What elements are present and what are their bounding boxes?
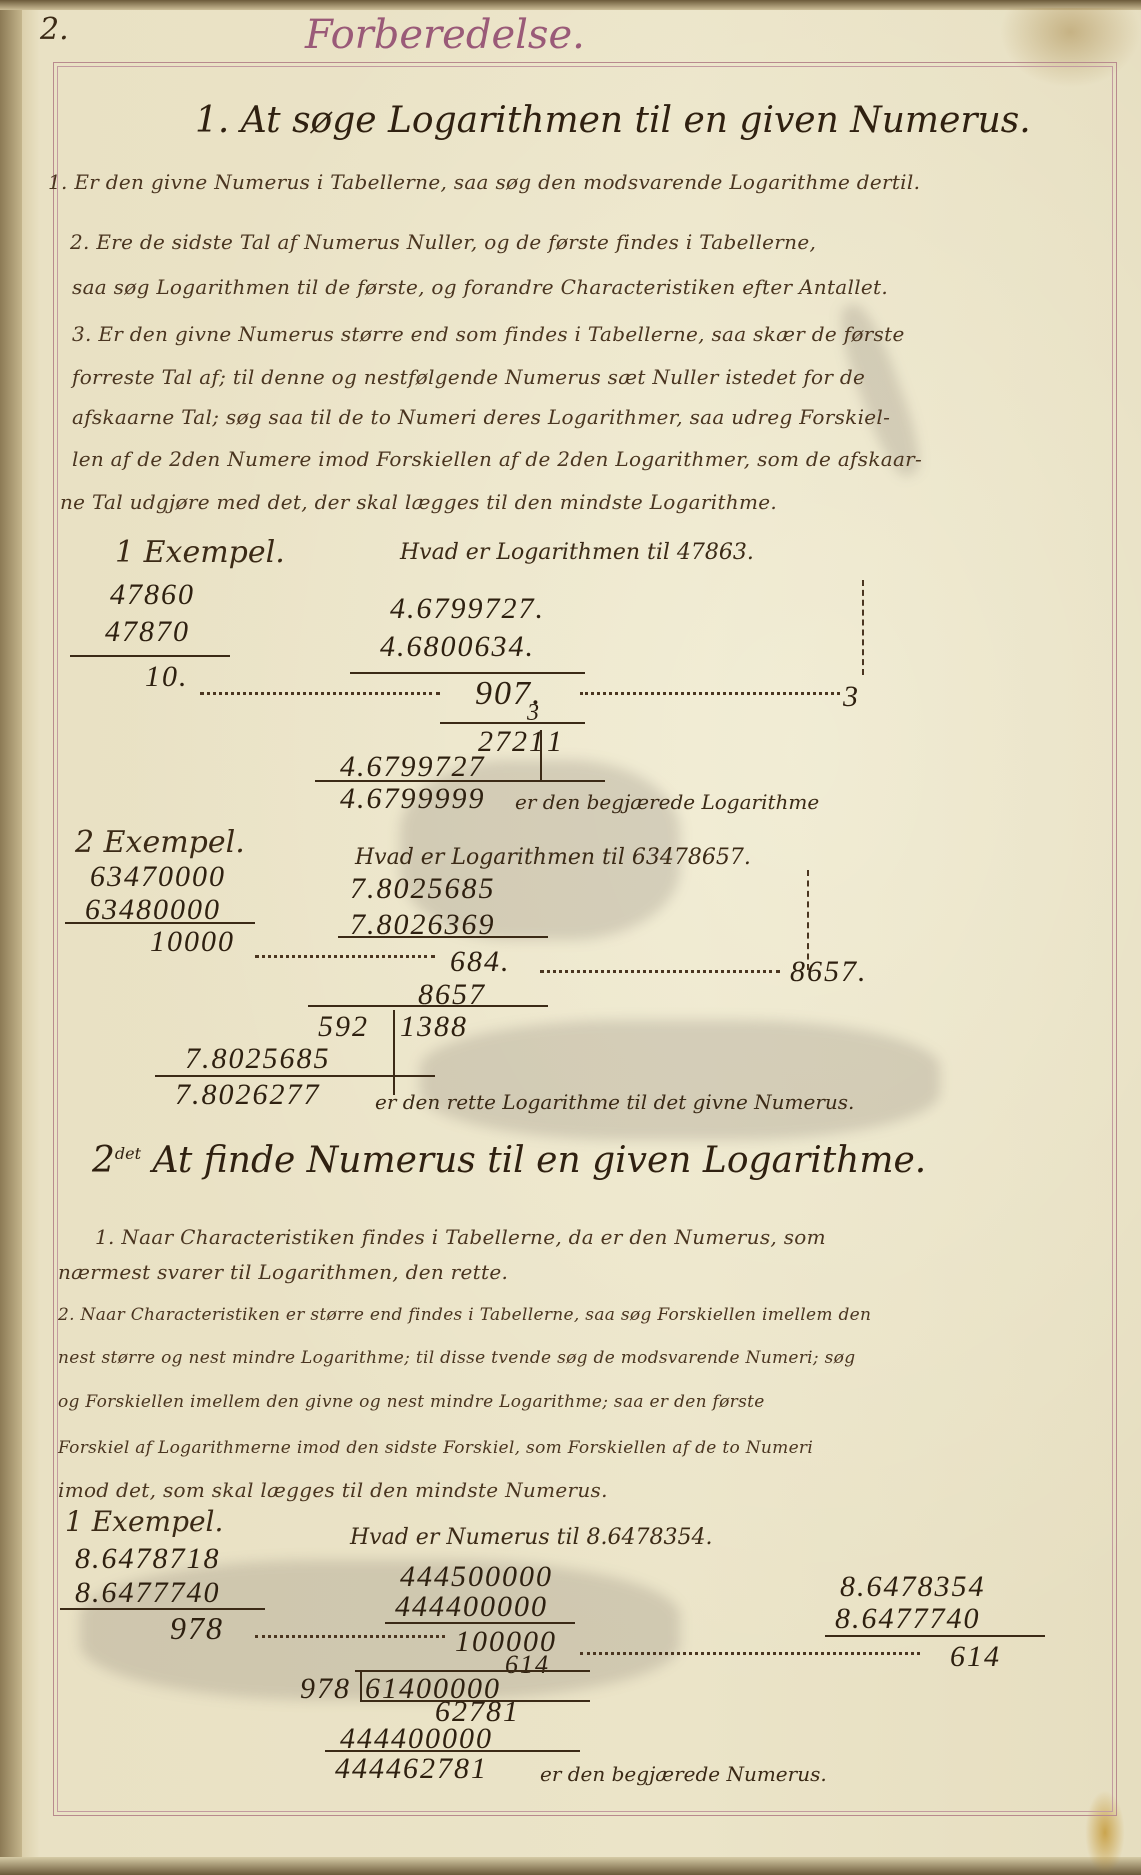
rule-line: 1. Naar Characteristiken findes i Tabell… bbox=[95, 1225, 826, 1249]
product-value: 592 bbox=[318, 1010, 369, 1044]
logarithm-value: 8.6478718 bbox=[75, 1542, 221, 1576]
sum-line bbox=[338, 936, 548, 938]
section-2-title: At finde Numerus til en given Logarithme… bbox=[153, 1140, 927, 1181]
numerus-value: 444500000 bbox=[400, 1560, 553, 1594]
dashed-connector bbox=[862, 580, 864, 675]
example-label: 2 Exempel. bbox=[75, 825, 245, 860]
rule-line: ne Tal udgjøre med det, der skal lægges … bbox=[60, 490, 777, 514]
logarithm-value: 4.6799727 bbox=[340, 750, 486, 784]
logarithm-value: 8.6478354 bbox=[840, 1570, 986, 1604]
section-2-heading: 2det At finde Numerus til en given Logar… bbox=[92, 1140, 926, 1181]
rule-line: forreste Tal af; til denne og nestfølgen… bbox=[72, 365, 865, 389]
dotted-leader bbox=[540, 970, 780, 973]
rule-line: nærmest svarer til Logarithmen, den rett… bbox=[58, 1260, 508, 1284]
example-label: 1 Exempel. bbox=[65, 1505, 223, 1538]
difference-value: 684. bbox=[450, 945, 511, 979]
cut-line bbox=[540, 730, 542, 780]
sum-line bbox=[155, 1075, 435, 1077]
logarithm-value: 4.6800634. bbox=[380, 630, 535, 664]
cut-line bbox=[393, 1010, 395, 1095]
numerus-value: 63470000 bbox=[90, 860, 226, 894]
sum-line bbox=[70, 655, 230, 657]
sum-line bbox=[385, 1622, 575, 1624]
result-note: er den begjærede Logarithme bbox=[515, 790, 819, 814]
remainder-value: 8657. bbox=[790, 955, 868, 989]
rule-line: imod det, som skal lægges til den mindst… bbox=[58, 1478, 608, 1502]
section-2-ordinal-suffix: det bbox=[115, 1144, 141, 1163]
sum-line bbox=[440, 722, 585, 724]
difference-value: 10000 bbox=[150, 925, 235, 959]
difference-value: 978 bbox=[170, 1610, 224, 1647]
product-value: 2721 bbox=[478, 725, 546, 759]
rule-line: 3. Er den givne Numerus større end som f… bbox=[72, 322, 905, 346]
logarithm-value: 8.6477740 bbox=[75, 1576, 221, 1610]
section-1-heading: 1. At søge Logarithmen til en given Nume… bbox=[195, 100, 1031, 141]
result-logarithm: 7.8026277 bbox=[175, 1078, 321, 1112]
result-note: er den rette Logarithme til det givne Nu… bbox=[375, 1090, 854, 1114]
example-question: Hvad er Logarithmen til 47863. bbox=[400, 540, 754, 565]
rule-line: 1. Er den givne Numerus i Tabellerne, sa… bbox=[48, 170, 920, 194]
sum-line bbox=[350, 672, 585, 674]
sum-line bbox=[60, 1608, 265, 1610]
result-note: er den begjærede Numerus. bbox=[540, 1762, 827, 1786]
logarithm-value: 8.6477740 bbox=[835, 1602, 981, 1636]
rule-line: nest større og nest mindre Logarithme; t… bbox=[58, 1348, 855, 1368]
book-binding-edge bbox=[0, 0, 22, 1875]
dotted-leader bbox=[255, 1635, 445, 1638]
sum-line bbox=[825, 1635, 1045, 1637]
page-number: 2. bbox=[40, 12, 69, 47]
numerus-value: 444400000 bbox=[395, 1590, 548, 1624]
rule-line: 2. Ere de sidste Tal af Numerus Nuller, … bbox=[70, 230, 816, 254]
page-bottom-edge bbox=[0, 1857, 1141, 1875]
rule-line: len af de 2den Numere imod Forskiellen a… bbox=[72, 447, 922, 471]
rule-line: 2. Naar Characteristiken er større end f… bbox=[58, 1305, 871, 1325]
dotted-leader bbox=[255, 955, 435, 958]
manuscript-page: 2. Forberedelse. 1. At søge Logarithmen … bbox=[0, 0, 1141, 1875]
example-label: 1 Exempel. bbox=[115, 535, 285, 570]
example-question: Hvad er Numerus til 8.6478354. bbox=[350, 1525, 712, 1550]
example-question: Hvad er Logarithmen til 63478657. bbox=[355, 845, 751, 870]
difference-value: 10. bbox=[145, 660, 189, 694]
numerus-value: 47860 bbox=[110, 578, 195, 612]
multiplier-value: 614 bbox=[505, 1650, 550, 1680]
result-logarithm: 4.6799999 bbox=[340, 782, 486, 816]
dotted-leader bbox=[200, 692, 440, 695]
product-remainder: 1 bbox=[547, 725, 564, 759]
divisor-value: 978 bbox=[300, 1672, 351, 1706]
logarithm-value: 4.6799727. bbox=[390, 592, 545, 626]
division-bracket bbox=[360, 1672, 362, 1702]
remainder-value: 3 bbox=[843, 680, 860, 714]
rule-line: og Forskiellen imellem den givne og nest… bbox=[58, 1392, 765, 1412]
section-2-ordinal: 2 bbox=[92, 1140, 115, 1181]
rule-line: afskaarne Tal; søg saa til de to Numeri … bbox=[72, 405, 890, 429]
logarithm-value: 7.8025685 bbox=[185, 1042, 331, 1076]
dotted-leader bbox=[580, 692, 840, 695]
page-top-edge bbox=[0, 0, 1141, 10]
sum-line bbox=[65, 922, 255, 924]
chapter-title: Forberedelse. bbox=[305, 12, 585, 58]
product-remainder: 1388 bbox=[400, 1010, 468, 1044]
logarithm-value: 7.8025685 bbox=[350, 872, 496, 906]
rule-line: Forskiel af Logarithmerne imod den sidst… bbox=[58, 1438, 813, 1458]
result-numerus: 444462781 bbox=[335, 1752, 488, 1786]
sum-line bbox=[308, 1005, 548, 1007]
dotted-leader bbox=[580, 1652, 920, 1655]
rule-line: saa søg Logarithmen til de første, og fo… bbox=[72, 275, 888, 299]
numerus-value: 47870 bbox=[105, 615, 190, 649]
difference-value: 614 bbox=[950, 1640, 1001, 1674]
